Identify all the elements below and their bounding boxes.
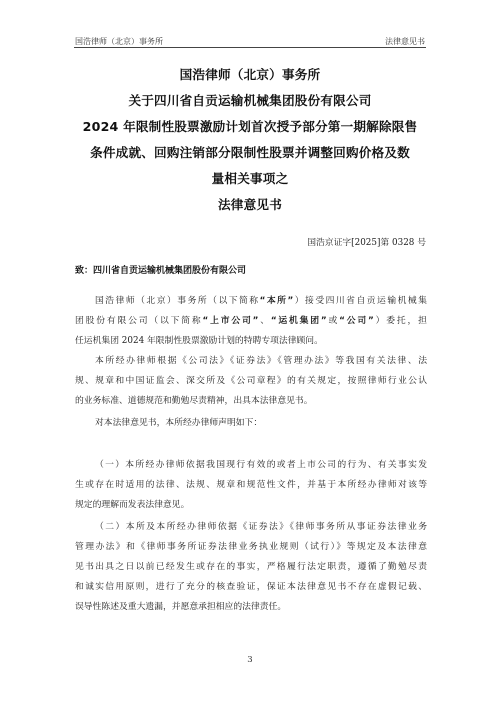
title-line-1: 国浩律师（北京）事务所 xyxy=(60,64,440,83)
title-line-2: 关于四川省自贡运输机械集团股份有限公司 xyxy=(60,90,440,109)
paragraph-line: 对本法律意见书，本所经办律师声明如下： xyxy=(75,413,427,433)
title-line-3: 2024 年限制性股票激励计划首次授予部分第一期解除限售 xyxy=(60,116,440,135)
paragraph-line: 见书出具之日以前已经发生或存在的事实，严格履行法定职责，遵循了勤勉尽责 xyxy=(75,557,427,577)
page-header: 国浩律师（北京）事务所 法律意见书 xyxy=(74,36,426,48)
header-doc-type: 法律意见书 xyxy=(385,36,425,47)
paragraph-line: 规定的理解而发表法律意见。 xyxy=(75,495,427,515)
paragraph-legal-basis: 本所经办律师根据《公司法》《证券法》《管理办法》等我国有关法律、法 规、规章和中… xyxy=(75,351,427,411)
paragraph-line: 的业务标准、道德规范和勤勉尽责精神，出具本法律意见书。 xyxy=(75,391,427,411)
paragraph-declaration-2: （二）本所及本所经办律师依据《证券法》《律师事务所从事证券法律业务 管理办法》和… xyxy=(75,517,427,617)
paragraph-line: 生或存在时适用的法律、法规、规章和规范性文件，并基于本所经办律师对该等 xyxy=(75,475,427,495)
title-line-6: 法律意见书 xyxy=(60,194,440,213)
title-line-4: 条件成就、回购注销部分限制性股票并调整回购价格及数 xyxy=(60,142,440,161)
header-firm-name: 国浩律师（北京）事务所 xyxy=(75,36,163,47)
paragraph-line: 本所经办律师根据《公司法》《证券法》《管理办法》等我国有关法律、法 xyxy=(75,351,427,371)
paragraph-line: （一）本所经办律师依据我国现行有效的或者上市公司的行为、有关事实发 xyxy=(75,455,427,475)
paragraph-line: 规、规章和中国证监会、深交所及《公司章程》的有关规定，按照律师行业公认 xyxy=(75,371,427,391)
paragraph-line: （二）本所及本所经办律师依据《证券法》《律师事务所从事证券法律业务 xyxy=(75,517,427,537)
paragraph-line: 管理办法》和《律师事务所证券法律业务执业规则（试行）》等规定及本法律意 xyxy=(75,537,427,557)
title-line-5: 量相关事项之 xyxy=(60,168,440,187)
paragraph-declaration-intro: 对本法律意见书，本所经办律师声明如下： xyxy=(75,413,427,433)
paragraph-line: 任运机集团 2024 年限制性股票激励计划的特聘专项法律顾问。 xyxy=(75,331,427,351)
addressee: 致：四川省自贡运输机械集团股份有限公司 xyxy=(75,263,246,276)
paragraph-line: 和诚实信用原则，进行了充分的核查验证，保证本法律意见书不存在虚假记载、 xyxy=(75,577,427,597)
page-number: 3 xyxy=(0,655,500,665)
paragraph-line: 误导性陈述及重大遗漏，并愿意承担相应的法律责任。 xyxy=(75,597,427,617)
paragraph-line: 国浩律师（北京）事务所（以下简称“本所”）接受四川省自贡运输机械集 xyxy=(75,291,427,311)
paragraph-declaration-1: （一）本所经办律师依据我国现行有效的或者上市公司的行为、有关事实发 生或存在时适… xyxy=(75,455,427,515)
document-number: 国浩京证字[2025]第 0328 号 xyxy=(307,235,426,248)
paragraph-engagement: 国浩律师（北京）事务所（以下简称“本所”）接受四川省自贡运输机械集 团股份有限公… xyxy=(75,291,427,351)
paragraph-line: 团股份有限公司（以下简称“上市公司”、“运机集团”或“公司”）委托，担 xyxy=(75,311,427,331)
